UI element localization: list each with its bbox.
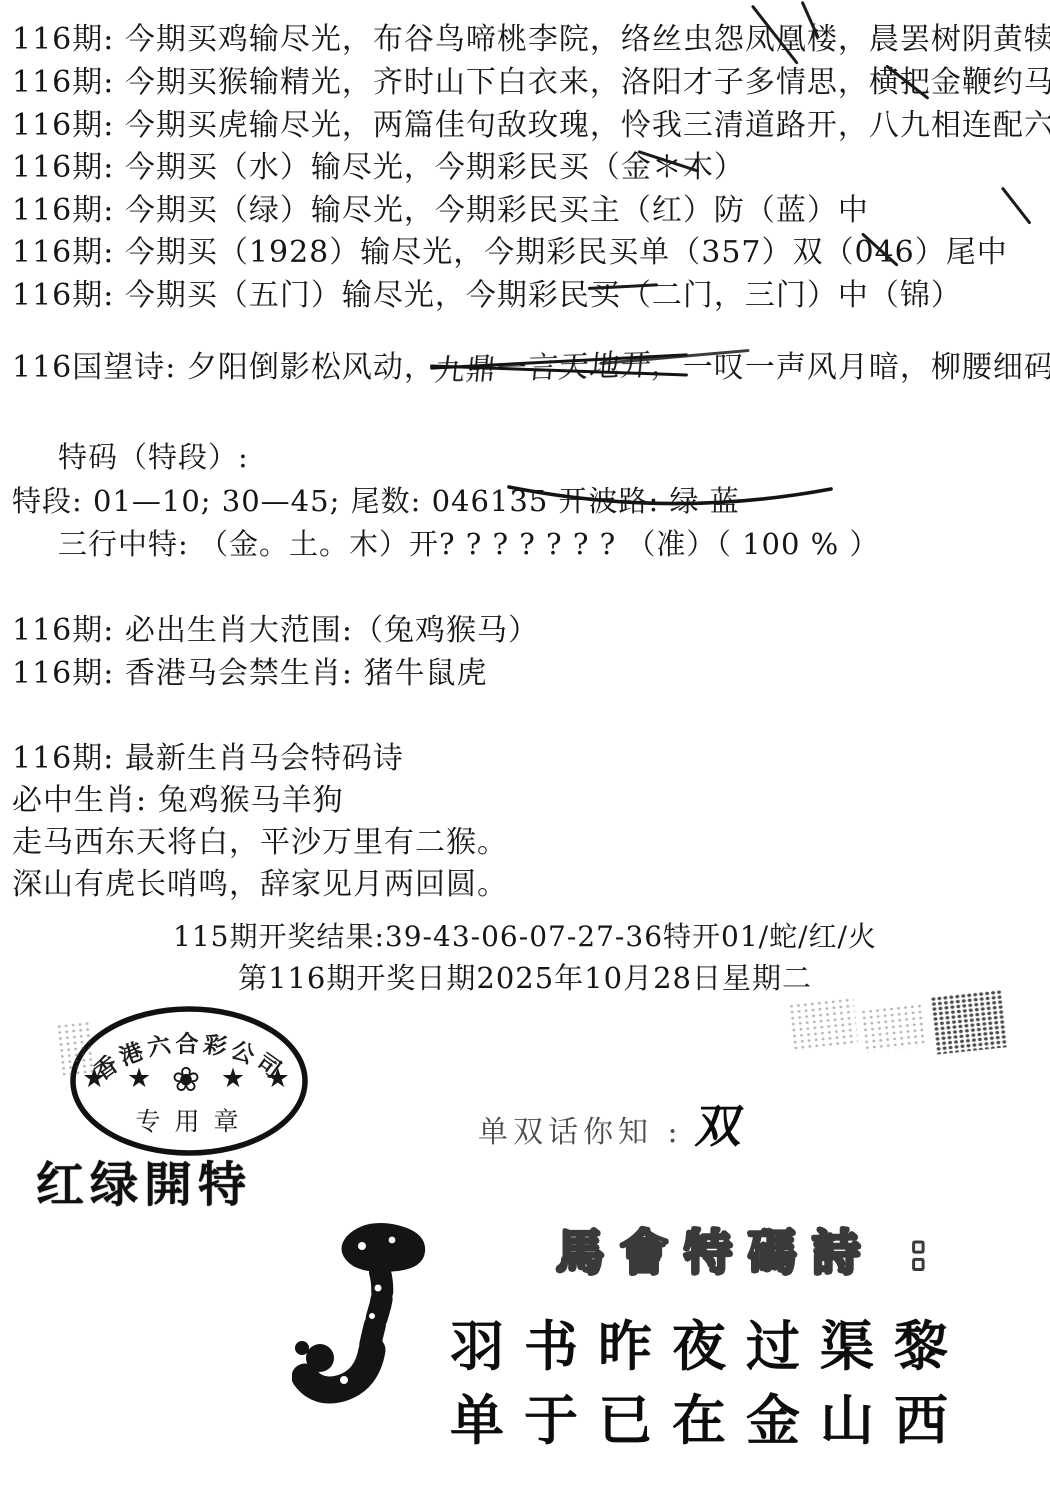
sanhang-line: 三行中特: （金。土。木）开? ? ? ? ? ? ? （准）（ 100 % ） bbox=[58, 522, 879, 563]
faint-smudge bbox=[788, 997, 859, 1052]
sx-poem-title: 116期: 最新生肖马会特码诗 bbox=[12, 733, 404, 777]
tema-heading: 特码（特段）: bbox=[58, 435, 249, 476]
odd-even-value: 双 bbox=[692, 1090, 747, 1156]
snake-ink-icon bbox=[292, 1198, 442, 1458]
seal-use-text: 专用章 bbox=[74, 1102, 304, 1138]
zodiac-ban-line: 116期: 香港马会禁生肖: 猪牛鼠虎 bbox=[12, 648, 488, 692]
pen-stroke bbox=[1001, 187, 1032, 225]
period-line-3: 116期: 今期买虎输尽光，两篇佳句敌玫瑰，怜我三清道路开，八九相连配六到。 bbox=[12, 100, 1050, 144]
footer-outline-title: 馬會特碼詩 : bbox=[556, 1214, 944, 1283]
prev-draw-result: 115期开奖结果:39-43-06-07-27-36特开01/蛇/红/火 bbox=[0, 915, 1050, 955]
period-line-6: 116期: 今期买（1928）输尽光，今期彩民买单（357）双（046）尾中 bbox=[12, 227, 1008, 271]
period-line-2: 116期: 今期买猴输精光，齐时山下白衣来，洛阳才子多情思，横把金鞭约马头。 bbox=[12, 57, 1050, 101]
guowang-prefix: 116国望诗: bbox=[12, 350, 187, 385]
guowang-part2: 一叹一声风月暗，柳腰细码二七围。 bbox=[683, 350, 1050, 385]
odd-even-label: 单双话你知 : bbox=[478, 1107, 683, 1151]
teduan-label: 特段: 01—10; 30—45; 尾数: bbox=[12, 484, 432, 518]
curved-strike-mark bbox=[505, 477, 835, 519]
sx-poem-line-2: 深山有虎长哨鸣，辞家见月两回圆。 bbox=[12, 859, 508, 903]
red-green-caption: 红绿開特 bbox=[36, 1146, 252, 1215]
odd-even-tip: 单双话你知 : 双 bbox=[478, 1090, 743, 1156]
footer-poem-line-2: 单于已在金山西 bbox=[450, 1378, 968, 1455]
guowang-poem-line: 116国望诗: 夕阳倒影松风动，九鼎一言天地开，一叹一声风月暗，柳腰细码二七围。 bbox=[12, 342, 1050, 386]
next-draw-date: 第116期开奖日期2025年10月28日星期二 bbox=[0, 956, 1050, 997]
faint-smudge bbox=[860, 1003, 926, 1053]
period-line-1: 116期: 今期买鸡输尽光，布谷鸟啼桃李院，络丝虫怨凤凰楼，晨罢树阴黄犊卧。 bbox=[12, 14, 1050, 58]
guowang-crossed-text: 九鼎一言天地开， bbox=[433, 339, 685, 390]
sx-poem-line-1: 走马西东天将白，平沙万里有二猴。 bbox=[12, 817, 508, 861]
faint-smudge bbox=[55, 1020, 94, 1075]
faint-smudge bbox=[930, 989, 1008, 1054]
guowang-part1: 夕阳倒影松风动， bbox=[187, 350, 435, 385]
period-line-7: 116期: 今期买（五门）输尽光，今期彩民买（二门，三门）中（锦） bbox=[12, 270, 962, 314]
zodiac-range-line: 116期: 必出生肖大范围:（兔鸡猴马） bbox=[12, 605, 539, 649]
footer-poem-line-1: 羽书昨夜过渠黎 bbox=[450, 1304, 968, 1381]
flower-icon: ❀ bbox=[172, 1060, 207, 1100]
period-line-4: 116期: 今期买（水）输尽光，今期彩民买（金＊木） bbox=[12, 142, 745, 186]
star-icon: ★ ★ bbox=[221, 1063, 296, 1094]
guowang-crossed-wrap: 九鼎一言天地开， bbox=[435, 342, 683, 386]
seal-stars-row: ★ ★ ❀ ★ ★ bbox=[74, 1060, 304, 1100]
scanned-lottery-sheet: 116期: 今期买鸡输尽光，布谷鸟啼桃李院，络丝虫怨凤凰楼，晨罢树阴黄犊卧。 1… bbox=[0, 0, 1050, 1485]
period-line-5: 116期: 今期买（绿）输尽光，今期彩民买主（红）防（蓝）中 bbox=[12, 185, 869, 229]
sx-poem-must-hit: 必中生肖: 兔鸡猴马羊狗 bbox=[12, 775, 344, 819]
